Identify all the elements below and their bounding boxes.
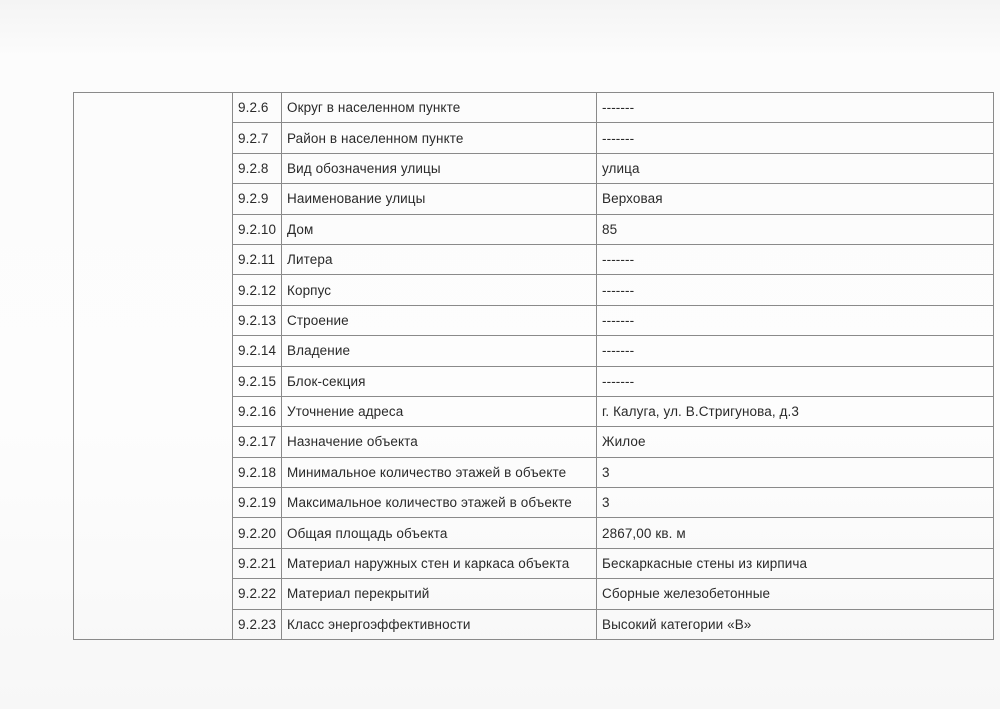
row-number: 9.2.22 xyxy=(233,579,282,609)
row-value: улица xyxy=(597,153,994,183)
row-value: ------- xyxy=(597,366,994,396)
row-number: 9.2.10 xyxy=(233,214,282,244)
row-number: 9.2.20 xyxy=(233,518,282,548)
row-label: Класс энергоэффективности xyxy=(282,609,597,639)
row-label: Литера xyxy=(282,244,597,274)
row-value: 85 xyxy=(597,214,994,244)
row-value: ------- xyxy=(597,275,994,305)
row-number: 9.2.12 xyxy=(233,275,282,305)
row-label: Назначение объекта xyxy=(282,427,597,457)
row-number: 9.2.17 xyxy=(233,427,282,457)
row-number: 9.2.23 xyxy=(233,609,282,639)
row-label: Блок-секция xyxy=(282,366,597,396)
row-label: Округ в населенном пункте xyxy=(282,93,597,123)
row-number: 9.2.15 xyxy=(233,366,282,396)
row-number: 9.2.9 xyxy=(233,184,282,214)
row-label: Общая площадь объекта xyxy=(282,518,597,548)
row-value: г. Калуга, ул. В.Стригунова, д.3 xyxy=(597,396,994,426)
table-row: 9.2.6Округ в населенном пункте------- xyxy=(74,93,994,123)
row-value: 2867,00 кв. м xyxy=(597,518,994,548)
row-number: 9.2.18 xyxy=(233,457,282,487)
row-value: Бескаркасные стены из кирпича xyxy=(597,548,994,578)
row-value: Жилое xyxy=(597,427,994,457)
row-number: 9.2.14 xyxy=(233,336,282,366)
row-number: 9.2.7 xyxy=(233,123,282,153)
row-label: Материал перекрытий xyxy=(282,579,597,609)
row-value: ------- xyxy=(597,123,994,153)
row-number: 9.2.8 xyxy=(233,153,282,183)
row-number: 9.2.11 xyxy=(233,244,282,274)
row-value: Высокий категории «В» xyxy=(597,609,994,639)
row-label: Район в населенном пункте xyxy=(282,123,597,153)
row-label: Уточнение адреса xyxy=(282,396,597,426)
row-value: 3 xyxy=(597,457,994,487)
row-number: 9.2.19 xyxy=(233,488,282,518)
row-value: ------- xyxy=(597,244,994,274)
row-label: Максимальное количество этажей в объекте xyxy=(282,488,597,518)
row-number: 9.2.13 xyxy=(233,305,282,335)
row-value: Верховая xyxy=(597,184,994,214)
row-number: 9.2.21 xyxy=(233,548,282,578)
row-label: Дом xyxy=(282,214,597,244)
row-label: Вид обозначения улицы xyxy=(282,153,597,183)
row-value: ------- xyxy=(597,93,994,123)
row-number: 9.2.6 xyxy=(233,93,282,123)
object-details-table: 9.2.6Округ в населенном пункте-------9.2… xyxy=(73,92,994,640)
row-value: Сборные железобетонные xyxy=(597,579,994,609)
row-label: Владение xyxy=(282,336,597,366)
row-value: ------- xyxy=(597,305,994,335)
section-merged-cell xyxy=(74,93,233,640)
row-value: 3 xyxy=(597,488,994,518)
row-label: Материал наружных стен и каркаса объекта xyxy=(282,548,597,578)
row-label: Корпус xyxy=(282,275,597,305)
row-value: ------- xyxy=(597,336,994,366)
scanned-page: 9.2.6Округ в населенном пункте-------9.2… xyxy=(0,0,1000,709)
row-number: 9.2.16 xyxy=(233,396,282,426)
row-label: Минимальное количество этажей в объекте xyxy=(282,457,597,487)
row-label: Наименование улицы xyxy=(282,184,597,214)
table-body: 9.2.6Округ в населенном пункте-------9.2… xyxy=(74,93,994,640)
row-label: Строение xyxy=(282,305,597,335)
